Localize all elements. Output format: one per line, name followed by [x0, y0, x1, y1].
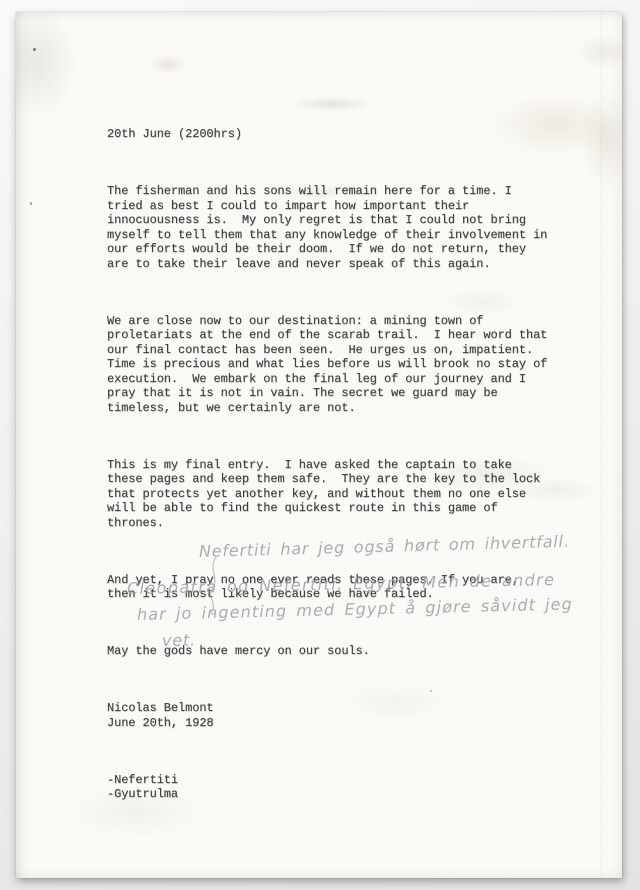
typewritten-letter: 20th June (2200hrs) The fisherman and hi…: [107, 98, 547, 844]
letter-paragraph-2: We are close now to our destination: a m…: [107, 314, 547, 416]
letter-date-line: 20th June (2200hrs): [107, 127, 547, 142]
letter-closing-line: May the gods have mercy on our souls.: [107, 644, 547, 659]
scanned-letter-scene: 20th June (2200hrs) The fisherman and hi…: [0, 0, 640, 890]
ink-speck: [30, 202, 32, 205]
signature-name: Nicolas Belmont: [107, 701, 214, 715]
letter-paragraph-3: This is my final entry. I have asked the…: [107, 458, 547, 531]
clue-gyutrulma: -Gyutrulma: [107, 787, 178, 801]
clue-nefertiti: -Nefertiti: [107, 773, 178, 787]
signature-block: Nicolas Belmont June 20th, 1928: [107, 701, 547, 730]
ink-speck: [33, 48, 36, 51]
signature-date: June 20th, 1928: [107, 716, 214, 730]
paper-sheet: 20th June (2200hrs) The fisherman and hi…: [16, 12, 622, 878]
letter-paragraph-4: And yet, I pray no one ever reads these …: [107, 573, 547, 602]
clue-list: -Nefertiti -Gyutrulma: [107, 773, 547, 802]
letter-paragraph-1: The fisherman and his sons will remain h…: [107, 184, 547, 271]
